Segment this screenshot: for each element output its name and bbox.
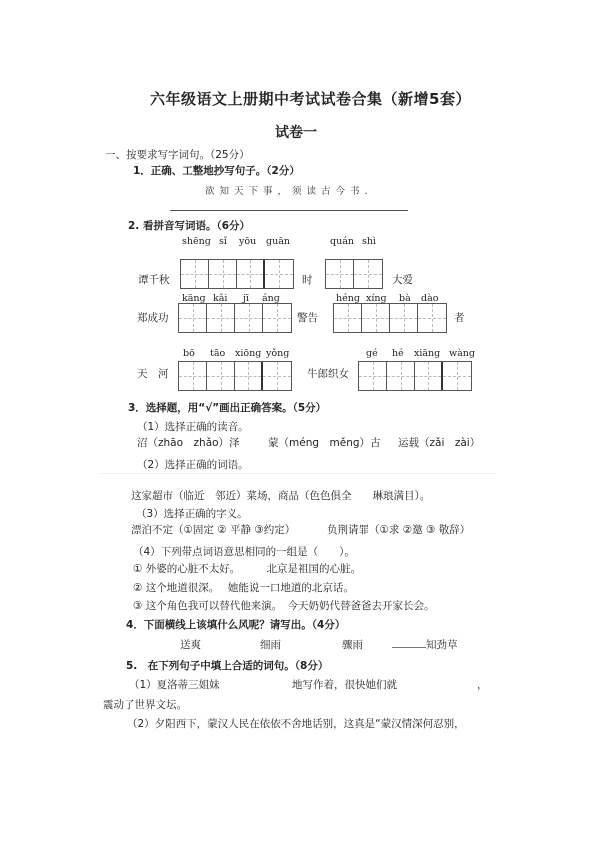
question-4-heading: 4．下面横线上该填什么风呢？请写出。（4分） [126,617,345,632]
choice-item[interactable]: 漂泊不定（①固定 ② 平静 ③约定） [131,522,295,537]
word-label: 谭千秋 [138,272,170,287]
option-item[interactable]: ① 外婆的心脏不太好。 北京是祖国的心脏。 [133,561,361,576]
character-grid[interactable] [180,259,294,289]
wind-blank-item[interactable]: 送爽 [180,637,201,652]
copy-sentence: 欲知天下事，须读古今书． [205,183,379,197]
wind-word: 知劲草 [426,639,458,651]
subquestion-label: （1）选择正确的读音。 [137,419,249,434]
pinyin: sǐ [219,236,227,247]
section-heading: 一、按要求写字词句。（25分） [105,147,250,162]
option-item[interactable]: ③ 这个角色我可以替代他来演。 今天奶奶代替爸爸去开家长会。 [133,598,435,613]
pinyin: xiōnɡ [235,348,261,359]
word-label: 时 [302,272,313,287]
choice-item[interactable]: 沼（zhāo zhǎo）泽 [137,435,240,450]
word-label: 者 [454,310,465,325]
character-grid[interactable] [178,303,292,333]
sentence-part: （1）夏洛蒂三姐妹 [129,677,220,692]
pinyin: yǒnɡ [266,348,289,359]
word-label: 牛郎织女 [307,366,349,381]
sentence-part: （2）夕阳西下，蒙汉人民在依依不舍地话别，这真是“蒙汉情深何忍别， [127,716,465,731]
word-label: 警告 [297,310,318,325]
pinyin: ɡuān [266,236,290,247]
option-item[interactable]: ② 这个地道很深。 她能说一口地道的北京话。 [133,580,354,595]
pinyin: wànɡ [449,348,475,359]
character-grid[interactable] [325,259,383,289]
question-5-heading: 5. 在下列句子中填上合适的词句。（8分） [126,658,328,673]
question-2-heading: 2. 看拼音写词语。（6分） [128,218,250,233]
word-label: 大爱 [392,272,413,287]
wind-word: 送爽 [180,639,201,651]
wind-blank-item[interactable]: 骤雨 [342,637,363,652]
subquestion-label: （4）下列带点词语意思相同的一组是（ ）。 [133,544,355,559]
wind-word: 细雨 [260,639,281,651]
sentence-part: ， [477,677,488,692]
pinyin: xiānɡ [414,348,440,359]
word-label: 天 河 [137,366,169,381]
character-grid[interactable] [333,303,447,333]
question-1-heading: 1．正确、工整地抄写句子。（2分） [133,163,300,178]
sentence-part: 地写作着，很快她们就 [292,677,397,692]
paper-subtitle: 试卷一 [275,122,317,142]
wind-blank-item[interactable]: 知劲草 [392,637,458,652]
pinyin: shēnɡ [182,236,211,247]
sentence-part: 震动了世界文坛。 [103,697,187,712]
page-title: 六年级语文上册期中考试试卷合集（新增5套） [150,88,471,109]
choice-item[interactable]: 蒙（ménɡ měnɡ）古 [268,435,381,450]
choice-item[interactable]: 运载（zǎi zài） [398,435,480,450]
pinyin: hé [392,348,404,359]
subquestion-label: （2）选择正确的词语。 [137,457,249,472]
subquestion-label: （3）选择正确的字义。 [136,506,248,521]
question-3-heading: 3．选择题，用“√”画出正确答案。（5分） [128,400,326,415]
pinyin: shì [362,236,376,247]
choice-item[interactable]: 负荆请罪（①求 ②邀 ③ 敬辞） [327,522,470,537]
character-grid[interactable] [358,361,472,391]
wind-word: 骤雨 [342,639,363,651]
pinyin: bō [183,348,195,359]
wind-blank-item[interactable]: 细雨 [260,637,281,652]
answer-line[interactable] [170,210,408,211]
character-grid[interactable] [178,361,292,391]
pinyin: yōu [239,236,256,247]
pinyin: quán [330,236,354,247]
word-label: 郑成功 [137,310,169,325]
choice-sentence[interactable]: 这家超市（临近 邻近）菜场，商品（色色俱全 琳琅满目）。 [131,488,430,503]
page-divider [100,473,495,474]
pinyin: ɡé [366,348,378,359]
pinyin: tāo [210,348,225,359]
